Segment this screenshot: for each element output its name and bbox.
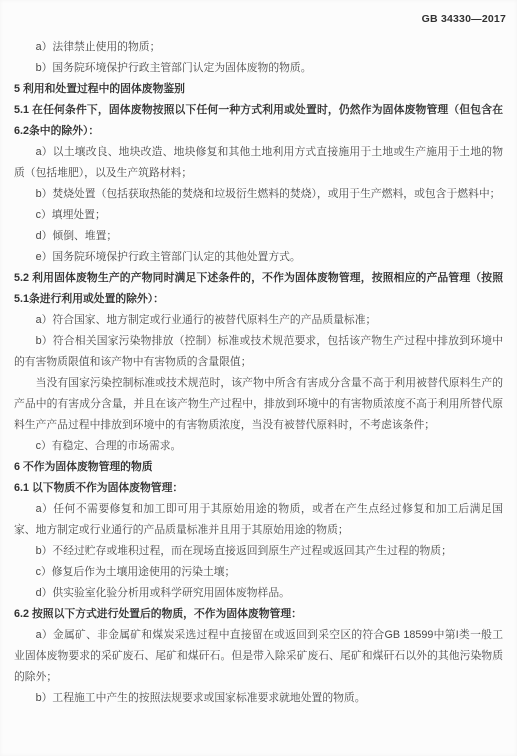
- standard-document-page: GB 34330—2017 a）法律禁止使用的物质； b）国务院环境保护行政主管…: [0, 0, 517, 756]
- item-5-1-c-landfill: c）填埋处置；: [14, 205, 503, 226]
- item-b-moe-determined-substances: b）国务院环境保护行政主管部门认定为固体废物的物质。: [14, 58, 503, 79]
- heading-section-5: 5 利用和处置过程中的固体废物鉴别: [14, 79, 503, 100]
- item-6-1-a-original-use: a）任何不需要修复和加工即可用于其原始用途的物质，或者在产生点经过修复和加工后满…: [14, 499, 503, 541]
- item-5-1-e-other-disposal: e）国务院环境保护行政主管部门认定的其他处置方式。: [14, 247, 503, 268]
- heading-clause-6-2: 6.2 按照以下方式进行处置后的物质，不作为固体废物管理：: [14, 604, 503, 625]
- item-6-1-d-lab-samples: d）供实验室化验分析用或科学研究用固体废物样品。: [14, 583, 503, 604]
- heading-clause-5-2: 5.2 利用固体废物生产的产物同时满足下述条件的，不作为固体废物管理，按照相应的…: [14, 268, 503, 310]
- heading-clause-5-1: 5.1 在任何条件下，固体废物按照以下任何一种方式利用或处置时，仍然作为固体废物…: [14, 100, 503, 142]
- item-6-2-a-mining-waste: a）金属矿、非金属矿和煤炭采选过程中直接留在或返回到采空区的符合GB 18599…: [14, 625, 503, 688]
- item-5-1-b-incineration: b）焚烧处置（包括获取热能的焚烧和垃圾衍生燃料的焚烧），或用于生产燃料，或包含于…: [14, 184, 503, 205]
- item-6-1-b-direct-return: b）不经过贮存或堆积过程，而在现场直接返回到原生产过程或返回其产生过程的物质；: [14, 541, 503, 562]
- item-5-1-d-dumping-piling: d）倾倒、堆置；: [14, 226, 503, 247]
- standard-code-header: GB 34330—2017: [422, 13, 506, 25]
- para-5-2-no-standard-condition: 当没有国家污染控制标准或技术规范时，该产物中所含有害成分含量不高于利用被替代原料…: [14, 373, 503, 436]
- heading-clause-6-1: 6.1 以下物质不作为固体废物管理：: [14, 478, 503, 499]
- document-body: a）法律禁止使用的物质； b）国务院环境保护行政主管部门认定为固体废物的物质。 …: [14, 37, 503, 709]
- item-6-1-c-remediated-soil: c）修复后作为土壤用途使用的污染土壤；: [14, 562, 503, 583]
- item-5-2-c-market-demand: c）有稳定、合理的市场需求。: [14, 436, 503, 457]
- heading-section-6: 6 不作为固体废物管理的物质: [14, 457, 503, 478]
- item-5-2-b-emission-standard: b）符合相关国家污染物排放（控制）标准或技术规范要求，包括该产物生产过程中排放到…: [14, 331, 503, 373]
- item-6-2-b-construction-onsite: b）工程施工中产生的按照法规要求或国家标准要求就地处置的物质。: [14, 688, 503, 709]
- item-a-prohibited-substances: a）法律禁止使用的物质；: [14, 37, 503, 58]
- item-5-2-a-quality-standard: a）符合国家、地方制定或行业通行的被替代原料生产的产品质量标准；: [14, 310, 503, 331]
- item-5-1-a-land-application: a）以土壤改良、地块改造、地块修复和其他土地利用方式直接施用于土地或生产施用于土…: [14, 142, 503, 184]
